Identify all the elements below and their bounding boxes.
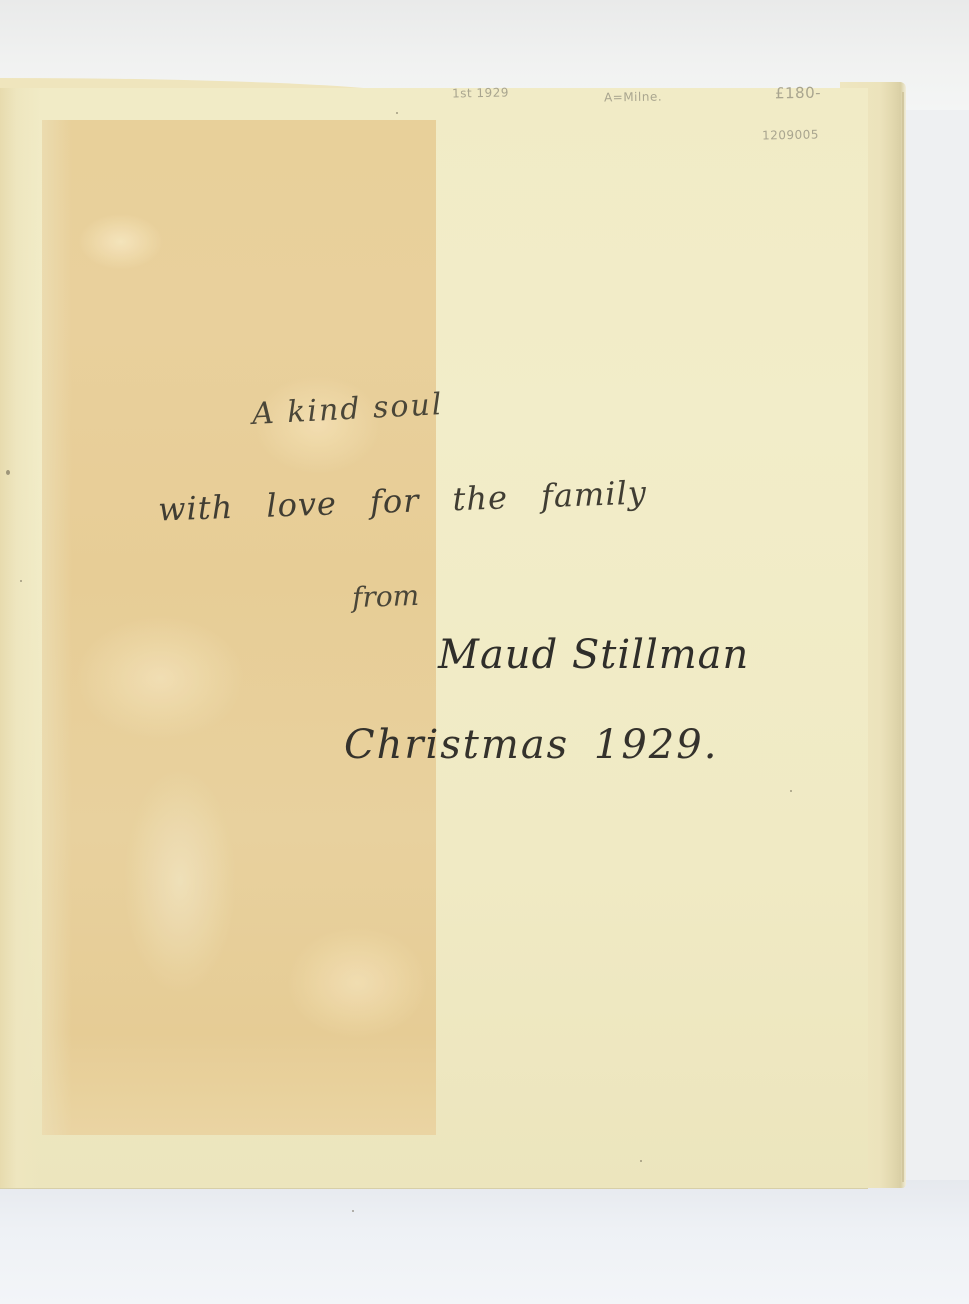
foxing-speck xyxy=(352,1210,354,1212)
offset-stain-edge xyxy=(42,120,72,1135)
pencil-note-stock-number: 1209005 xyxy=(762,128,819,143)
foxing-speck xyxy=(640,1160,642,1162)
foxing-speck xyxy=(790,790,792,792)
foxing-speck xyxy=(396,112,398,114)
foxing-speck xyxy=(6,470,10,475)
background-bottom xyxy=(0,1180,969,1304)
offset-stain-area xyxy=(42,120,436,1135)
inscription-signature: Maud Stillman xyxy=(438,632,749,678)
foxing-speck xyxy=(20,580,22,582)
pencil-note-author: A=Milne. xyxy=(604,89,662,104)
inscription-line-3: from xyxy=(351,579,419,614)
pencil-note-price: £180- xyxy=(775,84,821,103)
pencil-note-edition: 1st 1929 xyxy=(452,86,509,101)
inscription-date: Christmas 1929. xyxy=(344,722,718,768)
